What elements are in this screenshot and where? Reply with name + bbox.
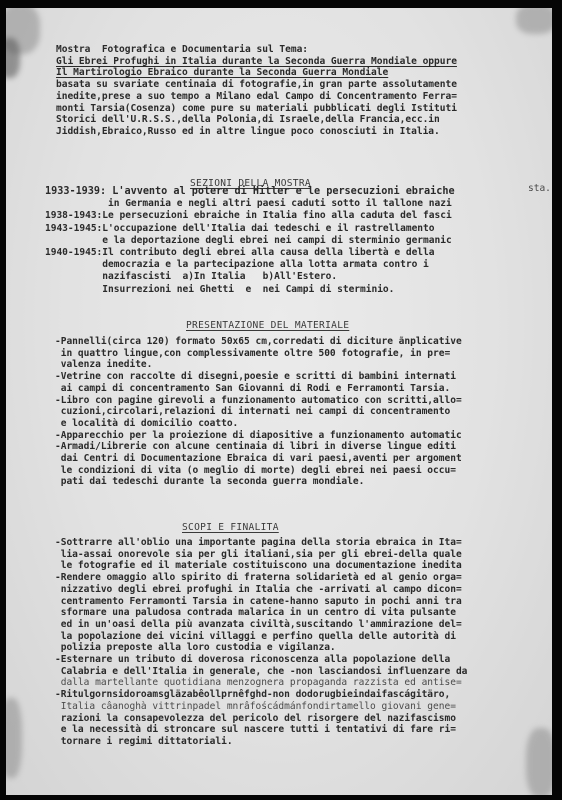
material-line: -Pannelli(circa 120) formato 50x65 cm,co… — [55, 336, 462, 348]
goals-line: sformare una paludosa contrada malarica … — [55, 607, 456, 619]
section-line: in Germania e negli altri paesi caduti s… — [45, 198, 452, 210]
material-line: -Vetrine con raccolte di disegni,poesie … — [55, 371, 456, 383]
section-line: 1933-1939: L'avvento al potere di Hitler… — [45, 186, 455, 198]
goals-line: e la necessità di stroncare sul nascere … — [55, 724, 456, 736]
section-heading: SCOPI E FINALITA — [182, 522, 279, 534]
goals-line: Calabria e dell'Italia in generale, che … — [55, 666, 467, 678]
typewritten-text: Mostra Fotografica e Documentaria sul Te… — [6, 8, 552, 795]
material-line: in quattro lingue,con complessivamente o… — [55, 348, 450, 360]
section-line: nazifascisti a)In Italia b)All'Estero. — [45, 271, 337, 283]
goals-line: ed in un'oasi della più avanzata civiltà… — [55, 619, 462, 631]
material-line: le condizioni di vita (o meglio di morte… — [55, 465, 456, 477]
goals-line: tornare i regimi dittatoriali. — [55, 736, 233, 748]
goals-line: -Esternare un tributo di doverosa ricono… — [55, 654, 450, 666]
section-line: democrazia e la partecipazione alla lott… — [45, 259, 429, 271]
intro-line: monti Tarsia(Cosenza) come pure su mater… — [56, 103, 457, 115]
goals-line: -Sottrarre all'oblio una importante pagi… — [55, 537, 462, 549]
goals-line: le fotografie ed il materiale costituisc… — [55, 560, 462, 572]
section-line: e la deportazione degli ebrei nei campi … — [45, 235, 452, 247]
intro-line: Mostra Fotografica e Documentaria sul Te… — [56, 44, 308, 56]
goals-line: dalla martellante quotidiana menzognera … — [55, 677, 462, 689]
material-line: cuzioni,circolari,relazioni di internati… — [55, 406, 450, 418]
section-line: 1943-1945:L'occupazione dell'Italia dai … — [45, 223, 435, 235]
material-line: ai campi di concentramento San Giovanni … — [55, 383, 450, 395]
goals-line: lia-assai onorevole sia per gli italiani… — [55, 549, 462, 561]
goals-line: Italia câanoghà vittrinpadel mnrâfoścádm… — [55, 701, 456, 713]
goals-line: polizia preposte alla loro custodia e vi… — [55, 642, 336, 654]
section-line: 1940-1945:Il contributo degli ebrei alla… — [45, 247, 435, 259]
material-line: dai Centri di Documentazione Ebraica di … — [55, 453, 462, 465]
goals-line: nizzativo degli ebrei profughi in Italia… — [55, 584, 462, 596]
goals-line: centramento Ferramonti Tarsia in catene-… — [55, 596, 462, 608]
section-heading: PRESENTAZIONE DEL MATERIALE — [186, 320, 349, 332]
intro-line: basata su svariate centinaia di fotograf… — [56, 79, 457, 91]
margin-note: sta. — [528, 183, 551, 195]
section-line: 1938-1943:Le persecuzioni ebraiche in It… — [45, 210, 452, 222]
document-page: Mostra Fotografica e Documentaria sul Te… — [6, 8, 552, 795]
goals-line: razioni la consapevolezza del pericolo d… — [55, 713, 456, 725]
intro-line: inedite,prese a suo tempo a Milano edal … — [56, 91, 457, 103]
intro-line: Il Martirologio Ebraico durante la Secon… — [56, 67, 388, 79]
material-line: e località di domicilio coatto. — [55, 418, 238, 430]
material-line: pati dai tedeschi durante la seconda gue… — [55, 476, 364, 488]
goals-line: -Rendere omaggio allo spirito di fratern… — [55, 572, 462, 584]
section-line: Insurrezioni nei Ghetti e nei Campi di s… — [45, 284, 394, 296]
material-line: valenza inedite. — [55, 359, 152, 371]
goals-line: la popolazione dei vicini villaggi e per… — [55, 631, 456, 643]
goals-line: -Ritulgornsidoroamsgläzabêollprnêfghd-no… — [55, 689, 450, 701]
intro-line: Jiddish,Ebraico,Russo ed in altre lingue… — [56, 126, 440, 138]
intro-line: Storici dell'U.R.S.S.,della Polonia,di I… — [56, 114, 440, 126]
material-line: -Armadi/Librerie con alcune centinaia di… — [55, 441, 456, 453]
intro-line: Gli Ebrei Profughi in Italia durante la … — [56, 56, 457, 68]
material-line: -Libro con pagine girevoli a funzionamen… — [55, 395, 462, 407]
material-line: -Apparecchio per la proiezione di diapos… — [55, 430, 462, 442]
